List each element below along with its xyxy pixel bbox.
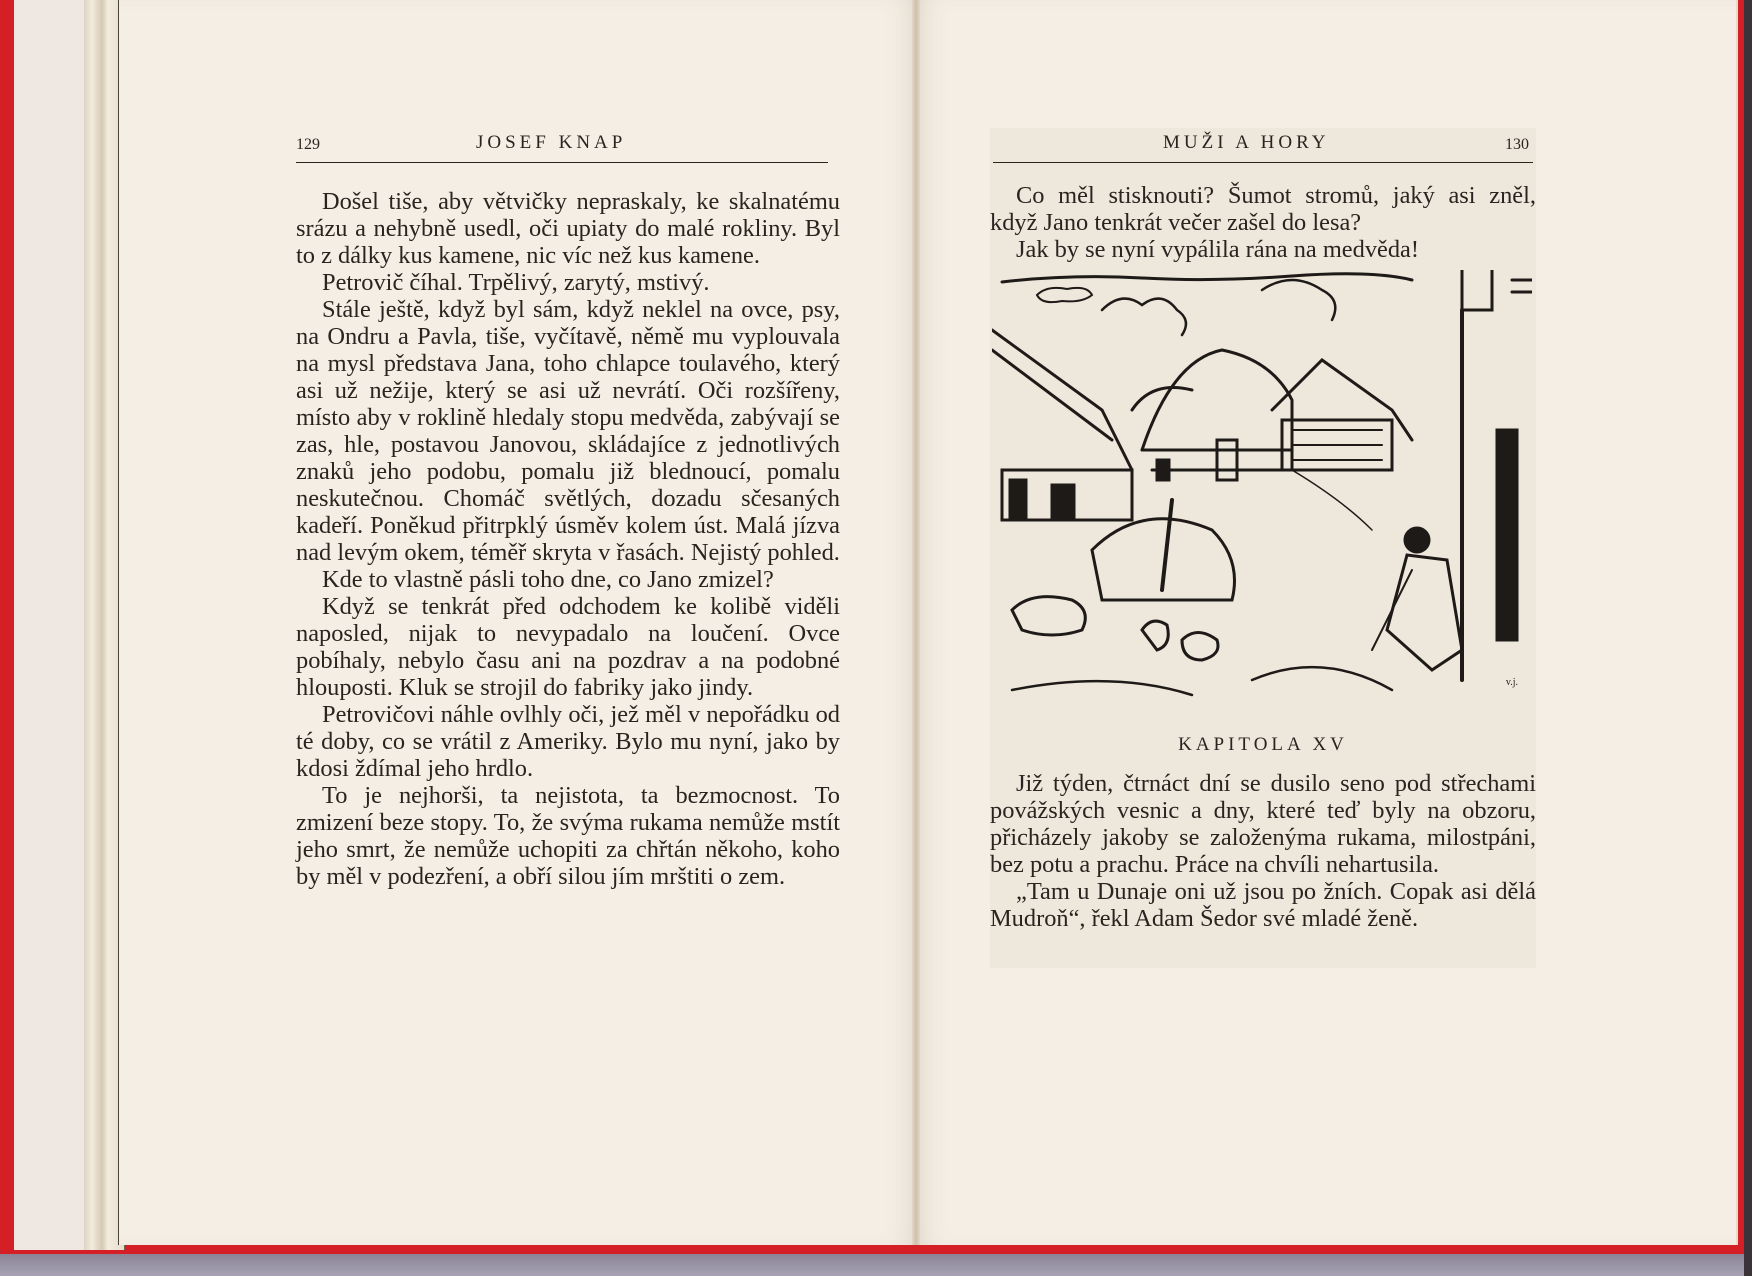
left-page-text: Došel tiše, aby větvičky nepraskaly, ke … xyxy=(296,188,840,890)
flyleaf xyxy=(14,0,84,1250)
author-name: JOSEF KNAP xyxy=(476,132,626,154)
paragraph: Došel tiše, aby větvičky nepraskaly, ke … xyxy=(296,188,840,269)
left-running-head: 129 JOSEF KNAP xyxy=(296,132,828,163)
paragraph: „Tam u Dunaje oni už jsou po žních. Copa… xyxy=(990,878,1536,932)
paragraph: Co měl stisknouti? Šumot stromů, jaký as… xyxy=(990,182,1536,236)
right-page-bottom-text: Již týden, čtrnáct dní se dusilo seno po… xyxy=(990,770,1536,932)
paragraph: Petrovičovi náhle ovlhly oči, jež měl v … xyxy=(296,701,840,782)
background-edge xyxy=(1744,0,1752,1276)
village-illustration: v.j. xyxy=(992,270,1532,718)
paragraph: Když se tenkrát před odchodem ke kolibě … xyxy=(296,593,840,701)
background-surface xyxy=(0,1254,1752,1276)
book-gutter xyxy=(912,0,920,1245)
paragraph: Jak by se nyní vypálila rána na medvěda! xyxy=(990,236,1536,263)
paragraph: Již týden, čtrnáct dní se dusilo seno po… xyxy=(990,770,1536,878)
paragraph: To je nejhorši, ta nejistota, ta bezmocn… xyxy=(296,782,840,890)
right-running-head: MUŽI A HORY 130 xyxy=(993,132,1533,163)
paragraph: Kde to vlastně pásli toho dne, co Jano z… xyxy=(296,566,840,593)
illustrator-signature: v.j. xyxy=(1506,677,1518,688)
paragraph: Petrovič číhal. Trpělivý, zarytý, mstivý… xyxy=(296,269,840,296)
village-drawing-icon xyxy=(992,270,1532,718)
right-page-top-text: Co měl stisknouti? Šumot stromů, jaký as… xyxy=(990,182,1536,263)
page-number: 130 xyxy=(1505,136,1529,154)
book-title: MUŽI A HORY xyxy=(1163,132,1329,154)
page-number: 129 xyxy=(296,136,320,154)
paragraph: Stále ještě, když byl sám, když neklel n… xyxy=(296,296,840,566)
chapter-title: KAPITOLA XV xyxy=(990,734,1536,756)
